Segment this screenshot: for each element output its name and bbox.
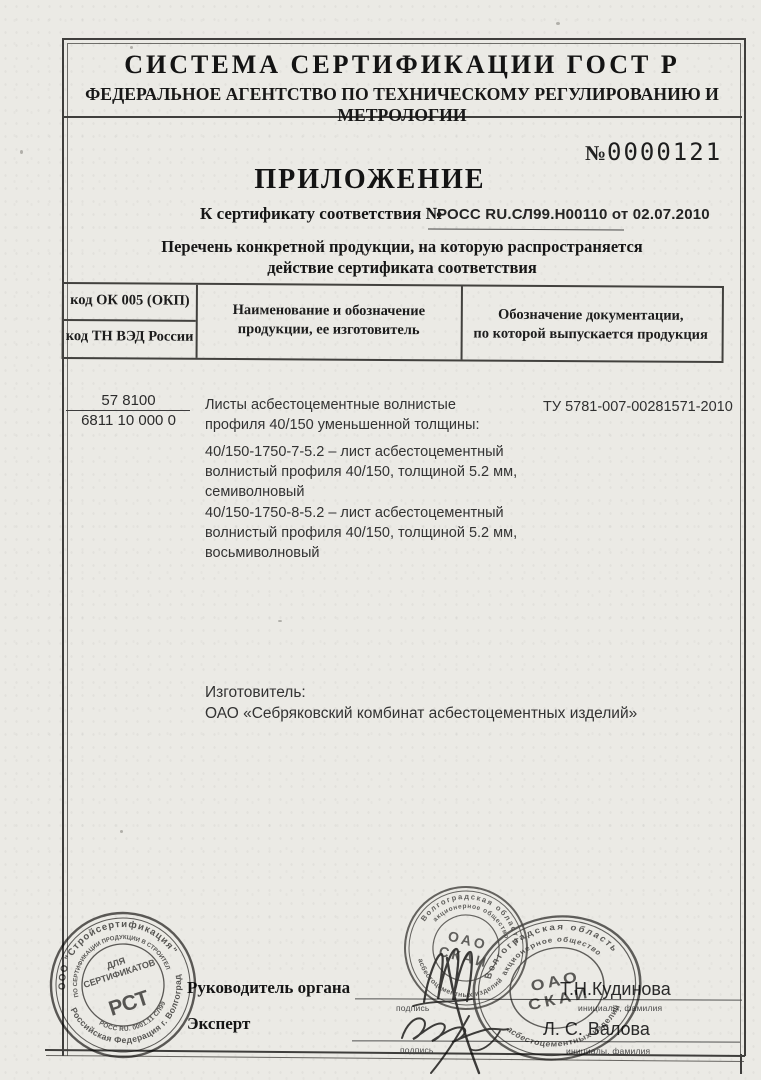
code-fraction-line (66, 410, 190, 411)
initials-caption: инициалы, фамилия (566, 1046, 650, 1056)
col-product-header-line1: Наименование и обозначение (197, 301, 461, 322)
certification-system-title: СИСТЕМА СЕРТИФИКАЦИИ ГОСТ Р (62, 50, 742, 80)
certificate-number: РОСС RU.СЛ99.Н00110 от 02.07.2010 (437, 206, 710, 223)
manufacturer-name: ОАО «Себряковский комбинат асбестоцемент… (205, 705, 637, 723)
subtitle-line2: действие сертификата соответствия (62, 258, 742, 278)
product-item-7wave: 40/150-1750-7-5.2 – лист асбестоцементны… (205, 442, 535, 502)
product-item1-line2: волнистый профиля 40/150, толщиной 5.2 м… (205, 462, 535, 482)
manufacturer-label: Изготовитель: (205, 684, 306, 702)
col-docs-header-line1: Обозначение документации, (462, 305, 720, 326)
certificate-label: К сертификату соответствия № (200, 204, 443, 224)
col-tnved-code-header: код ТН ВЭД России (64, 328, 196, 346)
col-product-header-line2: продукции, ее изготовитель (197, 320, 461, 341)
agency-title: ФЕДЕРАЛЬНОЕ АГЕНТСТВО ПО ТЕХНИЧЕСКОМУ РЕ… (69, 84, 735, 126)
subtitle-line1: Перечень конкретной продукции, на котору… (62, 237, 742, 257)
product-intro-line2: профиля 40/150 уменьшенной толщины: (205, 415, 535, 435)
scanned-certificate-page: СИСТЕМА СЕРТИФИКАЦИИ ГОСТ Р ФЕДЕРАЛЬНОЕ … (0, 0, 761, 1080)
right-border-tail (740, 1054, 742, 1074)
scan-speck (556, 22, 560, 25)
product-intro-line1: Листы асбестоцементные волнистые (205, 395, 535, 415)
product-intro: Листы асбестоцементные волнистые профиля… (205, 395, 535, 435)
col-docs-header-line2: по которой выпускается продукция (462, 324, 720, 345)
tnved-code: 6811 10 000 0 (62, 412, 195, 429)
initials-caption: инициалы, фамилия (578, 1003, 662, 1013)
scan-speck (20, 150, 23, 154)
signature-caption: подпись (396, 1003, 430, 1013)
product-item2-line2: волнистый профиля 40/150, толщиной 5.2 м… (205, 523, 535, 543)
page-title: ПРИЛОЖЕНИЕ (90, 164, 650, 196)
okp-code: 57 8100 (62, 392, 195, 409)
head-of-body-label: Руководитель органа (187, 978, 350, 998)
product-item1-line1: 40/150-1750-7-5.2 – лист асбестоцементны… (205, 442, 535, 462)
expert-name: Л. С. Валова (543, 1019, 650, 1040)
head-name: Т.Н.Кудинова (560, 979, 671, 1000)
expert-label: Эксперт (187, 1014, 250, 1034)
product-item2-line3: восьмиволновый (205, 543, 535, 563)
product-item1-line3: семиволновый (205, 482, 535, 502)
form-number-sign: № (585, 141, 606, 166)
col-product-header: Наименование и обозначение продукции, ее… (197, 301, 461, 341)
product-item2-line1: 40/150-1750-8-5.2 – лист асбестоцементны… (205, 503, 535, 523)
products-table-header: код ОК 005 (ОКП) код ТН ВЭД России Наиме… (62, 282, 724, 363)
technical-conditions-ref: ТУ 5781-007-00281571-2010 (543, 399, 733, 415)
col-docs-header: Обозначение документации, по которой вып… (462, 305, 720, 345)
product-item-8wave: 40/150-1750-8-5.2 – лист асбестоцементны… (205, 503, 535, 563)
codes-cell-divider (64, 319, 196, 321)
form-number-value: 0000121 (607, 138, 722, 166)
col-okp-code-header: код ОК 005 (ОКП) (64, 292, 196, 310)
signature-caption: подпись (400, 1045, 434, 1055)
